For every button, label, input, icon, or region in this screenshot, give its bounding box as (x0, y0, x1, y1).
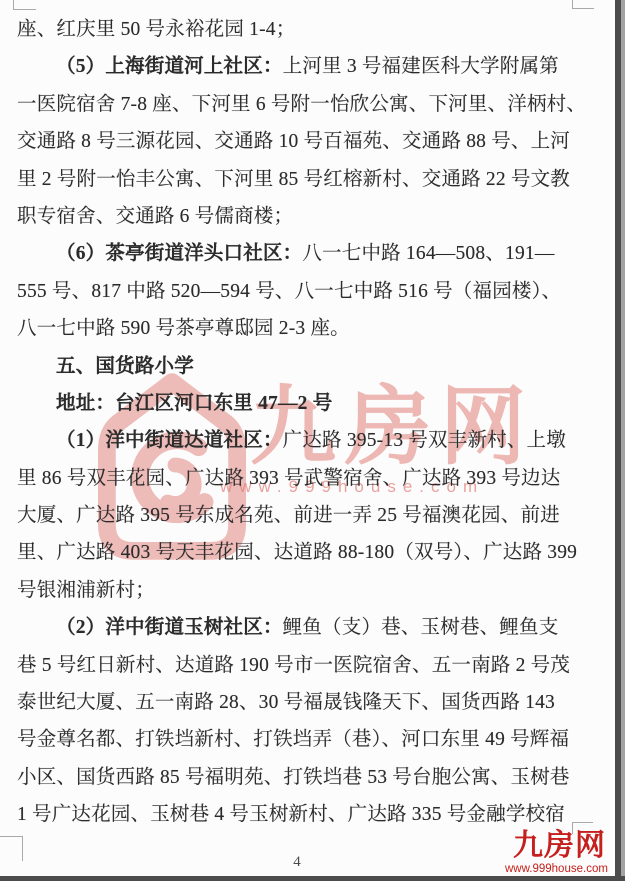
text-line: 大厦、广达路 395 号东成名苑、前进一弄 25 号福澳花园、前进 (17, 497, 577, 534)
text-line: 小区、国货西路 85 号福明苑、打铁垱巷 53 号台胞公寓、玉树巷 (17, 759, 577, 796)
text-line: 职专宿舍、交通路 6 号儒商楼； (17, 198, 577, 235)
text-line: 555 号、817 中路 520—594 号、八一七中路 516 号（福园楼）、 (17, 273, 577, 310)
text-line: 里 2 号附一怡丰公寓、下河里 85 号红榕新村、交通路 22 号文教 (17, 161, 577, 198)
text-line: 八一七中路 590 号茶亭尊邸园 2-3 座。 (17, 310, 577, 347)
text-line: 1 号广达花园、玉树巷 4 号玉树新村、广达路 335 号金融学校宿 (17, 796, 577, 833)
text-line: （5）上海街道河上社区：上河里 3 号福建医科大学附属第 (17, 48, 577, 85)
scan-edge-right-outer (621, 0, 625, 881)
text-line: （1）洋中街道达道社区：广达路 395-13 号双丰新村、上墩 (17, 422, 577, 459)
page-number: 4 (17, 854, 577, 871)
address-line: 地址：台江区河口东里 47—2 号 (17, 385, 577, 422)
text-line: 座、红庆里 50 号永裕花园 1-4； (17, 11, 577, 48)
corner-logo-brand: 九房网 (513, 830, 606, 862)
text-line: （6）茶亭街道洋头口社区：八一七中路 164—508、191— (17, 235, 577, 272)
crop-mark-top-left (13, 0, 36, 10)
text-line: 号金尊名都、打铁垱新村、打铁垱弄（巷）、河口东里 49 号辉福 (17, 721, 577, 758)
text-line: 泰世纪大厦、五一南路 28、30 号福晟钱隆天下、国货西路 143 (17, 684, 577, 721)
text-line: （2）洋中街道玉树社区：鲤鱼（支）巷、玉树巷、鲤鱼支 (17, 609, 577, 646)
section-heading: 五、国货路小学 (17, 348, 577, 385)
text-line: 巷 5 号红日新村、达道路 190 号市一医院宿舍、五一南路 2 号茂 (17, 647, 577, 684)
text-line: 里、广达路 403 号天丰花园、达道路 88-180（双号）、广达路 399 (17, 534, 577, 571)
document-body: 座、红庆里 50 号永裕花园 1-4； （5）上海街道河上社区：上河里 3 号福… (17, 11, 577, 834)
text-line: 里 86 号双丰花园、广达路 393 号武警宿舍、广达路 393 号边达 (17, 460, 577, 497)
corner-logo-url: www.999house.com (505, 863, 608, 875)
text-line: 号银湘浦新村； (17, 572, 577, 609)
text-line: 一医院宿舍 7-8 座、下河里 6 号附一怡欣公寓、下河里、洋柄村、 (17, 86, 577, 123)
document-page: 九房网 www.999house.com 座、红庆里 50 号永裕花园 1-4；… (0, 0, 625, 881)
crop-mark-top-right (572, 0, 594, 9)
scan-edge-bottom (0, 876, 625, 881)
text-line: 交通路 8 号三源花园、交通路 10 号百福苑、交通路 88 号、上河 (17, 123, 577, 160)
